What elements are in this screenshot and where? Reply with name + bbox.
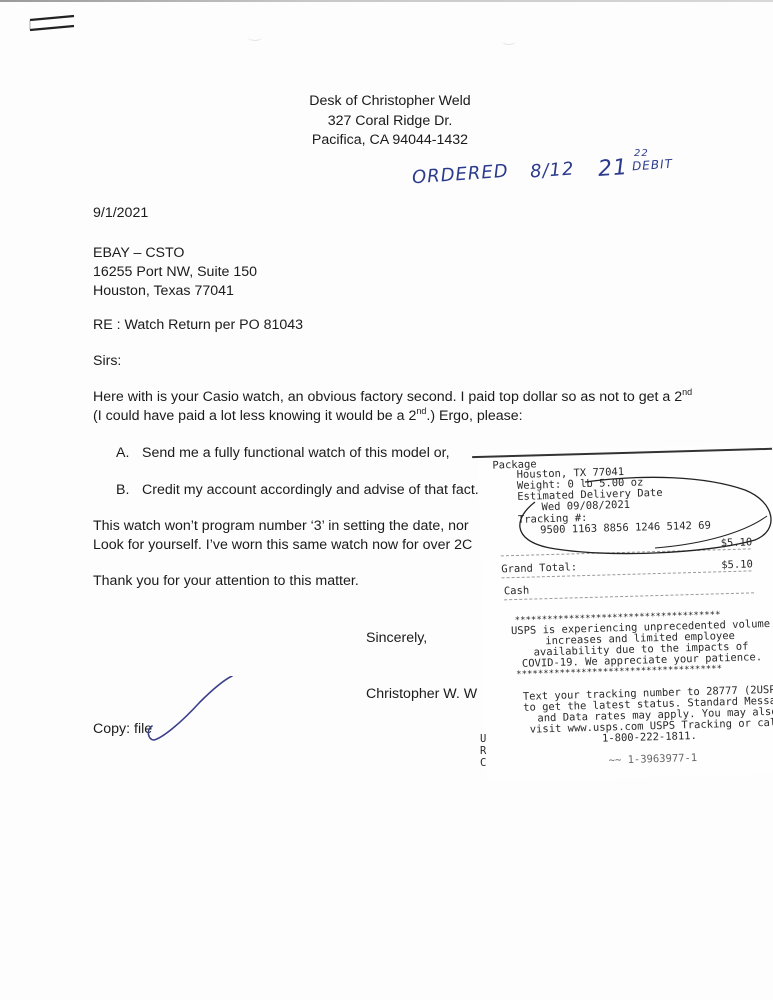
option-text: Send me a fully functional watch of this… bbox=[142, 445, 450, 461]
recipient-city: Houston, Texas 77041 bbox=[93, 281, 234, 301]
receipt-text-line: 1-800-222-1811. bbox=[602, 730, 697, 745]
option-marker: B. bbox=[116, 480, 142, 500]
staple-mark-icon bbox=[28, 14, 76, 32]
handwritten-amount: 21 bbox=[597, 155, 629, 182]
handwritten-checkmark-icon bbox=[140, 676, 240, 746]
receipt-payment-method: Cash bbox=[504, 585, 530, 598]
letterhead-city: Pacifica, CA 94044-1432 bbox=[300, 131, 480, 151]
scan-top-edge bbox=[0, 0, 773, 2]
letterhead-name: Desk of Christopher Weld bbox=[300, 92, 480, 112]
receipt-edge bbox=[472, 448, 772, 458]
receipt-grand-total-amount: $5.10 bbox=[721, 558, 753, 571]
scan-smudge bbox=[248, 34, 262, 41]
option-b: B.Credit my account accordingly and advi… bbox=[116, 480, 479, 500]
recipient-name: EBAY – CSTO bbox=[93, 243, 184, 263]
salutation: Sirs: bbox=[93, 351, 121, 371]
letterhead-street: 327 Coral Ridge Dr. bbox=[300, 112, 480, 132]
body-text: Here with is your Casio watch, an obviou… bbox=[93, 389, 682, 405]
receipt-grand-total-label: Grand Total: bbox=[501, 561, 577, 575]
letter-date: 9/1/2021 bbox=[93, 203, 148, 223]
closing: Sincerely, bbox=[366, 628, 427, 648]
letterhead: Desk of Christopher Weld 327 Coral Ridge… bbox=[300, 92, 480, 151]
option-text: Credit my account accordingly and advise… bbox=[142, 482, 479, 498]
handwritten-order-note: ORDERED 8/12 21 22 DEBIT bbox=[410, 150, 730, 190]
handwritten-date: 8/12 bbox=[529, 158, 575, 182]
receipt-divider bbox=[501, 548, 751, 556]
option-a: A.Send me a fully functional watch of th… bbox=[116, 443, 450, 463]
superscript: nd bbox=[682, 387, 692, 397]
body-text: .) Ergo, please: bbox=[426, 408, 522, 424]
receipt-divider bbox=[504, 592, 754, 600]
body-paragraph-2-line-1: This watch won’t program number ‘3’ in s… bbox=[93, 516, 469, 536]
body-paragraph-3: Thank you for your attention to this mat… bbox=[93, 571, 359, 591]
usps-receipt: Package Houston, TX 77041 Weight: 0 lb 5… bbox=[478, 444, 773, 782]
receipt-line-amount: $5.10 bbox=[720, 536, 752, 549]
signature-name: Christopher W. W bbox=[366, 684, 477, 704]
handwritten-ordered: ORDERED bbox=[411, 161, 509, 189]
option-marker: A. bbox=[116, 443, 142, 463]
scanned-letter-page: Desk of Christopher Weld 327 Coral Ridge… bbox=[0, 0, 773, 1000]
handwritten-payment-method: DEBIT bbox=[632, 157, 674, 174]
body-paragraph-1-line-2: (I could have paid a lot less knowing it… bbox=[93, 406, 523, 426]
subject-line: RE : Watch Return per PO 81043 bbox=[93, 315, 303, 335]
scan-smudge bbox=[502, 38, 516, 45]
receipt-footer-fragment: ~~ 1-3963977-1 bbox=[608, 752, 697, 766]
superscript: nd bbox=[416, 406, 426, 416]
body-paragraph-2-line-2: Look for yourself. I’ve worn this same w… bbox=[93, 535, 472, 555]
body-text: (I could have paid a lot less knowing it… bbox=[93, 408, 416, 424]
body-paragraph-1-line-1: Here with is your Casio watch, an obviou… bbox=[93, 387, 692, 407]
recipient-street: 16255 Port NW, Suite 150 bbox=[93, 262, 257, 282]
